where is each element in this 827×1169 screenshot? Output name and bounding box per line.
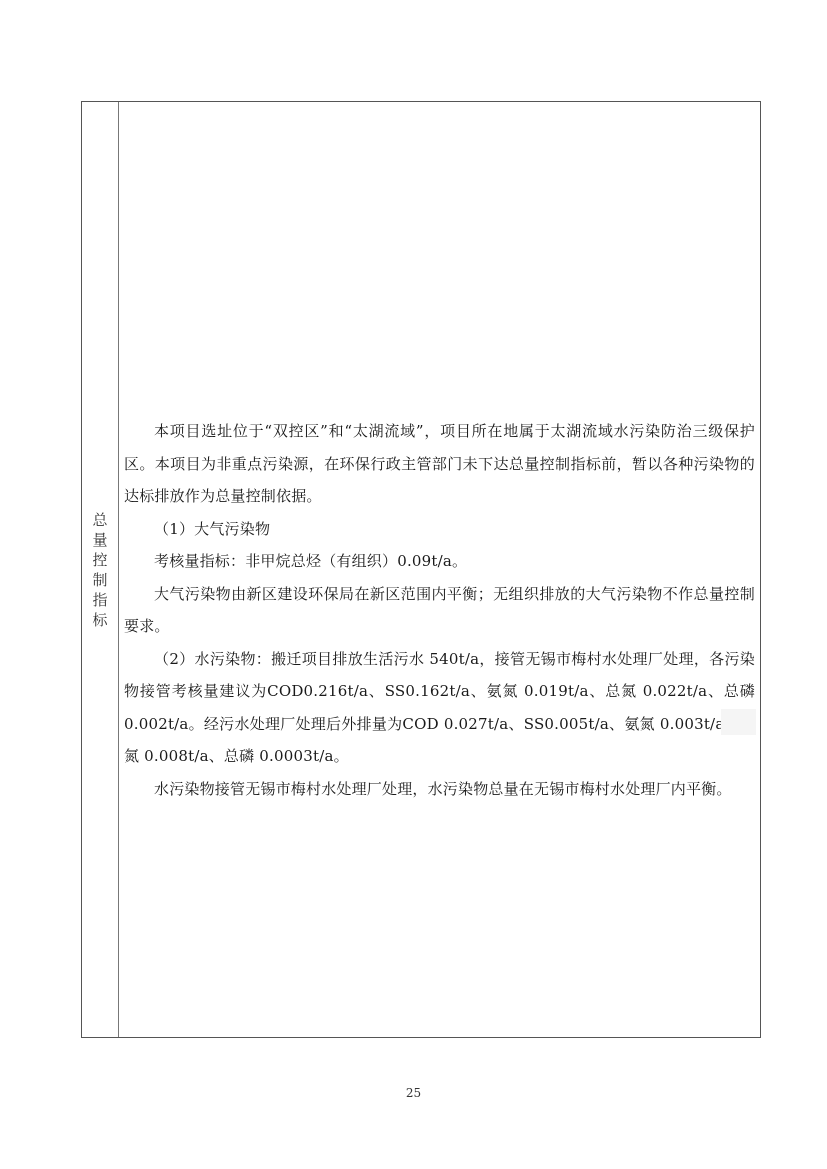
row-label-char: 量	[92, 530, 107, 550]
row-label-char: 总	[92, 510, 107, 530]
paragraph-intro: 本项目选址位于“双控区”和“太湖流域”，项目所在地属于太湖流域水污染防治三级保护…	[119, 415, 759, 513]
content-cell: 本项目选址位于“双控区”和“太湖流域”，项目所在地属于太湖流域水污染防治三级保护…	[119, 415, 759, 805]
row-label: 总 量 控 制 指 标	[82, 102, 118, 1037]
shaded-artifact	[721, 709, 756, 735]
paragraph-water-pollutants: （2）水污染物：搬迁项目排放生活污水 540t/a，接管无锡市梅村水处理厂处理，…	[119, 643, 759, 773]
total-control-table: 总 量 控 制 指 标 本项目选址位于“双控区”和“太湖流域”，项目所在地属于太…	[81, 101, 761, 1038]
row-label-char: 制	[92, 570, 107, 590]
page-number: 25	[0, 1086, 827, 1100]
row-label-char: 指	[92, 590, 107, 610]
row-label-char: 控	[92, 550, 107, 570]
paragraph-water-balance: 水污染物接管无锡市梅村水处理厂处理，水污染物总量在无锡市梅村水处理厂内平衡。	[119, 773, 759, 806]
row-label-char: 标	[92, 610, 107, 630]
paragraph-air-index: 考核量指标：非甲烷总烃（有组织）0.09t/a。	[119, 545, 759, 578]
heading-air-pollutants: （1）大气污染物	[119, 513, 759, 546]
paragraph-air-balance: 大气污染物由新区建设环保局在新区范围内平衡；无组织排放的大气污染物不作总量控制要…	[119, 578, 759, 643]
